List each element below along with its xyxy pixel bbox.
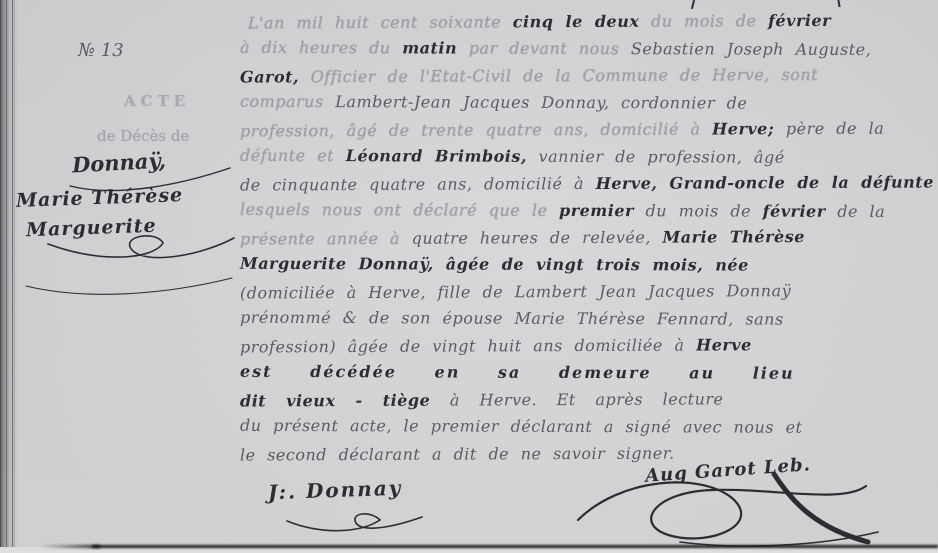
- text-segment: Lambert-Jean Jacques Donnay, cordonnier …: [335, 92, 747, 112]
- text-segment: Marie Thérèse: [662, 227, 804, 247]
- text-segment: février: [763, 202, 826, 221]
- act-number: № 13: [78, 40, 124, 61]
- text-segment: profession) âgée de vingt huit ans domic…: [240, 336, 685, 357]
- text-segment: (domiciliée à Herve, fille de Lambert Je…: [240, 281, 791, 302]
- officer-signature-flourish: [560, 472, 900, 550]
- text-segment: présente année à: [240, 229, 400, 249]
- text-line: L'an mil huit cent soixante cinq le deux…: [240, 6, 932, 36]
- text-line: prénommé & de son épouse Marie Thérèse F…: [240, 304, 932, 333]
- text-line: lesquels nous ont déclaré que le premier…: [240, 196, 932, 225]
- text-segment: Herve, Grand-oncle de la défunte: [596, 172, 934, 192]
- act-subtitle: de Décès de: [97, 127, 189, 145]
- text-line: Marguerite Donnaÿ, âgée de vingt trois m…: [240, 250, 932, 279]
- margin-flourish: [8, 146, 238, 306]
- text-segment: Garot,: [240, 67, 299, 86]
- page-bottom-edge: [40, 545, 100, 548]
- text-segment: à Herve. Et après lecture: [450, 389, 724, 409]
- text-segment: cinq le deux: [513, 12, 640, 32]
- text-segment: par devant nous: [469, 39, 620, 59]
- text-segment: vannier de profession, âgé: [539, 147, 785, 167]
- text-segment: Léonard Brimbois,: [346, 146, 527, 166]
- text-segment: Officier de l'Etat-Civil de la Commune d…: [311, 65, 770, 86]
- text-segment: est décédée en sa demeure au lieu: [240, 362, 795, 383]
- text-segment: Herve;: [712, 119, 774, 138]
- text-segment: dit vieux - tiège: [240, 391, 430, 411]
- declarant-signature-flourish: [282, 505, 432, 535]
- text-line: profession, âgé de trente quatre ans, do…: [240, 114, 932, 144]
- text-segment: à dix heures du: [240, 38, 391, 58]
- act-body-text: L'an mil huit cent soixante cinq le deux…: [240, 8, 932, 467]
- text-line: est décédée en sa demeure au lieu: [240, 358, 932, 387]
- text-line: profession) âgée de vingt huit ans domic…: [240, 330, 932, 360]
- text-segment: défunte et: [240, 146, 334, 165]
- text-segment: profession, âgé de trente quatre ans, do…: [240, 120, 701, 141]
- text-segment: matin: [402, 38, 457, 57]
- text-segment: du mois de: [651, 11, 757, 30]
- text-segment: quatre heures de relevée,: [412, 228, 651, 248]
- text-segment: le second déclarant a dit de ne savoir s…: [240, 444, 675, 465]
- text-line: défunte et Léonard Brimbois, vannier de …: [240, 142, 932, 171]
- text-segment: père de la: [786, 119, 884, 138]
- text-segment: du mois de: [646, 201, 752, 220]
- text-segment: sont: [782, 65, 819, 84]
- text-segment: février: [768, 11, 831, 30]
- text-line: à dix heures du matin par devant nous Se…: [240, 34, 932, 63]
- text-segment: Sebastien Joseph Auguste,: [631, 39, 871, 59]
- text-segment: du présent acte, le premier déclarant a …: [240, 416, 803, 437]
- text-line: Garot, Officier de l'Etat-Civil de la Co…: [240, 60, 932, 90]
- text-segment: premier: [559, 201, 634, 220]
- text-segment: comparus: [240, 92, 324, 111]
- text-segment: Herve: [696, 335, 752, 354]
- text-line: le second déclarant a dit de ne savoir s…: [240, 438, 932, 468]
- text-segment: de la: [837, 202, 885, 221]
- text-segment: Marguerite Donnaÿ, âgée de vingt trois m…: [240, 254, 749, 275]
- text-line: de cinquante quatre ans, domicilié à Her…: [240, 168, 932, 198]
- text-line: présente année à quatre heures de relevé…: [240, 222, 932, 252]
- page-bottom-edge: [92, 545, 938, 548]
- declarant-signature: J:. Donnay: [268, 476, 403, 505]
- text-segment: lesquels nous ont déclaré que le: [240, 200, 548, 220]
- text-segment: L'an mil huit cent soixante: [248, 12, 501, 32]
- text-line: comparus Lambert-Jean Jacques Donnay, co…: [240, 88, 932, 117]
- text-line: (domiciliée à Herve, fille de Lambert Je…: [240, 276, 932, 306]
- text-segment: de cinquante quatre ans, domicilié à: [240, 174, 584, 195]
- act-title-stamp: ACTE: [124, 92, 190, 110]
- text-line: dit vieux - tiège à Herve. Et après lect…: [240, 384, 932, 414]
- text-line: du présent acte, le premier déclarant a …: [240, 412, 932, 441]
- scanned-register-page: { "colors":{ "paper":"#d3d3d5", "ink_dar…: [0, 0, 938, 553]
- text-segment: prénommé & de son épouse Marie Thérèse F…: [240, 308, 784, 329]
